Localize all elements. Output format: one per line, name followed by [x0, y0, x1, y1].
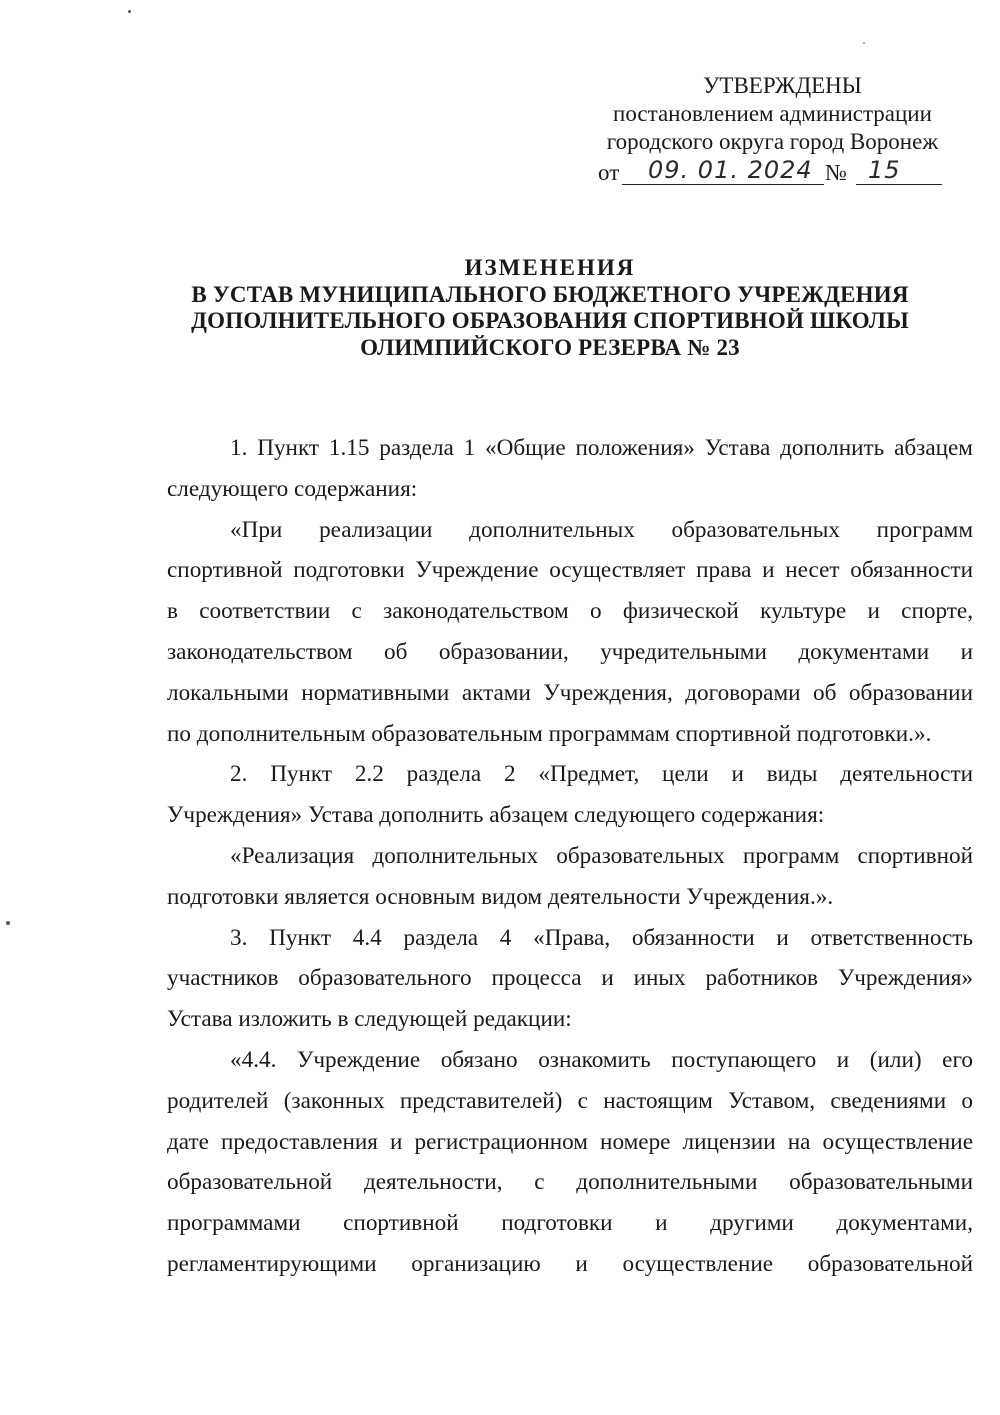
text-line: 2. Пункт 2.2 раздела 2 «Предмет, цели и …: [167, 754, 973, 795]
text-line: следующего содержания:: [167, 469, 973, 510]
text-line: законодательством об образовании, учреди…: [167, 632, 973, 673]
paragraph-item-1: 1. Пункт 1.15 раздела 1 «Общие положения…: [167, 428, 973, 510]
handwritten-date: 09. 01. 2024: [648, 156, 813, 184]
text-line: регламентирующими организацию и осуществ…: [167, 1244, 973, 1285]
document-title: ИЗМЕНЕНИЯ В УСТАВ МУНИЦИПАЛЬНОГО БЮДЖЕТН…: [150, 255, 950, 361]
text-line: программами спортивной подготовки и друг…: [167, 1203, 973, 1244]
text-line: «При реализации дополнительных образоват…: [167, 510, 973, 551]
text-line: «Реализация дополнительных образовательн…: [167, 836, 973, 877]
approval-block: УТВЕРЖДЕНЫ постановлением администрации …: [595, 72, 950, 156]
title-line: ОЛИМПИЙСКОГО РЕЗЕРВА № 23: [150, 335, 950, 362]
number-blank: 15: [856, 156, 942, 185]
text-line: родителей (законных представителей) с на…: [167, 1081, 973, 1122]
text-line: подготовки является основным видом деяте…: [167, 877, 973, 918]
document-body: 1. Пункт 1.15 раздела 1 «Общие положения…: [167, 428, 973, 1285]
text-line: дате предоставления и регистрационном но…: [167, 1122, 973, 1163]
text-line: образовательной деятельности, с дополнит…: [167, 1162, 973, 1203]
scan-speck: [128, 10, 131, 13]
date-prefix: от: [598, 160, 619, 186]
text-line: 1. Пункт 1.15 раздела 1 «Общие положения…: [167, 428, 973, 469]
scan-speck: [863, 42, 865, 44]
text-line: по дополнительным образовательным програ…: [167, 714, 973, 755]
approval-line-1: постановлением администрации: [595, 100, 950, 128]
text-line: «4.4. Учреждение обязано ознакомить пост…: [167, 1040, 973, 1081]
paragraph-item-3: 3. Пункт 4.4 раздела 4 «Права, обязаннос…: [167, 918, 973, 1040]
scan-speck: [6, 921, 10, 925]
paragraph-quote-1: «При реализации дополнительных образоват…: [167, 510, 973, 755]
paragraph-item-2: 2. Пункт 2.2 раздела 2 «Предмет, цели и …: [167, 754, 973, 836]
title-line: ДОПОЛНИТЕЛЬНОГО ОБРАЗОВАНИЯ СПОРТИВНОЙ Ш…: [150, 308, 950, 335]
text-line: спортивной подготовки Учреждение осущест…: [167, 550, 973, 591]
approval-date-row: от 09. 01. 2024 № 15: [598, 156, 948, 188]
text-line: 3. Пункт 4.4 раздела 4 «Права, обязаннос…: [167, 918, 973, 959]
text-line: локальными нормативными актами Учреждени…: [167, 673, 973, 714]
approval-line-2: городского округа город Воронеж: [595, 128, 950, 156]
paragraph-quote-2: «Реализация дополнительных образовательн…: [167, 836, 973, 918]
approval-heading: УТВЕРЖДЕНЫ: [595, 72, 950, 100]
number-sign: №: [825, 160, 847, 186]
handwritten-number: 15: [868, 156, 901, 184]
document-page: УТВЕРЖДЕНЫ постановлением администрации …: [0, 0, 1000, 1415]
text-line: Устава изложить в следующей редакции:: [167, 999, 973, 1040]
text-line: в соответствии с законодательством о физ…: [167, 591, 973, 632]
text-line: Учреждения» Устава дополнить абзацем сле…: [167, 795, 973, 836]
title-line: ИЗМЕНЕНИЯ: [150, 255, 950, 282]
text-line: участников образовательного процесса и и…: [167, 958, 973, 999]
title-line: В УСТАВ МУНИЦИПАЛЬНОГО БЮДЖЕТНОГО УЧРЕЖД…: [150, 282, 950, 309]
paragraph-quote-3: «4.4. Учреждение обязано ознакомить пост…: [167, 1040, 973, 1285]
date-blank: 09. 01. 2024: [622, 156, 824, 185]
